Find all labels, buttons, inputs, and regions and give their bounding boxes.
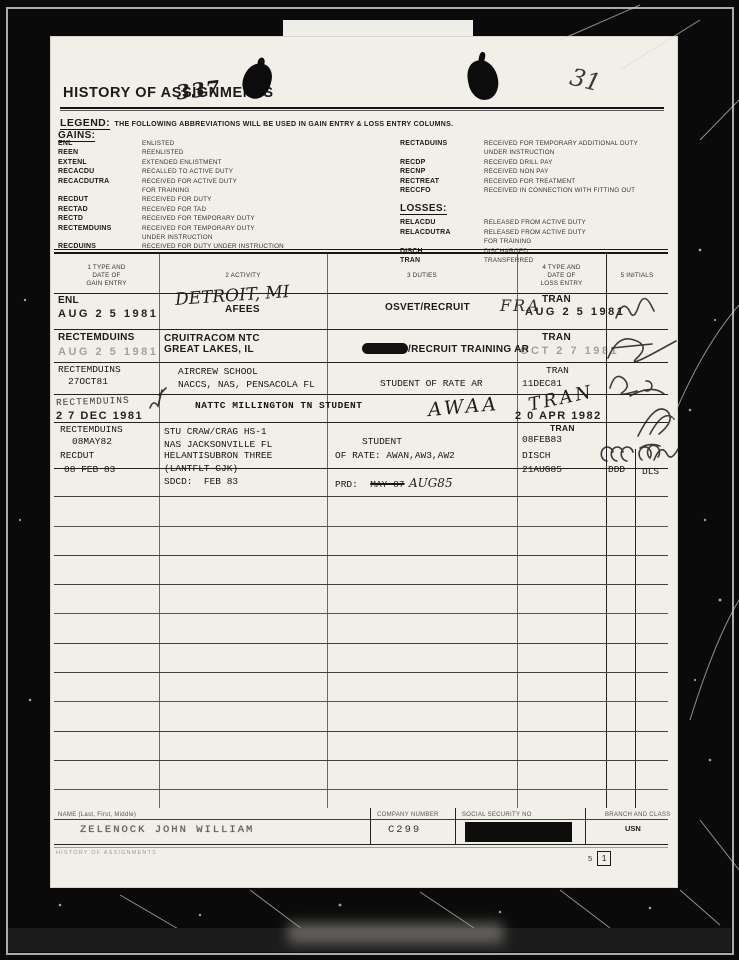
legend-entry: RECACDUTRARECEIVED FOR ACTIVE DUTY FOR T… bbox=[58, 177, 388, 196]
r3-gain-date: 27OCT81 bbox=[68, 376, 108, 387]
company-label: COMPANY NUMBER bbox=[377, 812, 439, 818]
r6-gain-date: 08 FEB 83 bbox=[64, 464, 115, 475]
legend-entry: EXTENLEXTENDED ENLISTMENT bbox=[58, 158, 388, 167]
r1-duties: OSVET/RECRUIT bbox=[385, 302, 470, 313]
r6-loss-date: 21AUG85 bbox=[522, 464, 562, 475]
empty-table-row bbox=[54, 732, 668, 761]
legend-abbr: RELACDUTRA bbox=[400, 228, 484, 247]
legend-entry: RECNPRECEIVED NON PAY bbox=[400, 167, 668, 176]
r4-activity: NATTC MILLINGTON TN STUDENT bbox=[195, 400, 362, 411]
scanned-document: HISTORY OF ASSIGNMENTS LEGEND: THE FOLLO… bbox=[0, 0, 739, 960]
legend-desc: RELEASED FROM ACTIVE DUTY bbox=[484, 218, 668, 227]
r2-loss-type: TRAN bbox=[542, 332, 571, 343]
branch-label: BRANCH AND CLASS bbox=[605, 812, 670, 818]
legend-abbr: RECTADUINS bbox=[400, 139, 484, 158]
r6-loss-type: DISCH bbox=[522, 450, 551, 461]
legend-desc: ENLISTED bbox=[142, 139, 388, 148]
r4-loss-date-stamp: 2 0 APR 1982 bbox=[515, 410, 602, 422]
legend-desc: RECEIVED FOR TEMPORARY ADDITIONAL DUTY U… bbox=[484, 139, 668, 158]
legend-abbr: ENL bbox=[58, 139, 142, 148]
legend-abbr: RELACDU bbox=[400, 218, 484, 227]
legend-desc: RECALLED TO ACTIVE DUTY bbox=[142, 167, 388, 176]
legend-entry: RECTEMDUINSRECEIVED FOR TEMPORARY DUTY U… bbox=[58, 224, 388, 243]
legend-abbr: RECTD bbox=[58, 214, 142, 223]
legend-desc: RECEIVED IN CONNECTION WITH FITTING OUT bbox=[484, 186, 668, 195]
handwritten-checkmark bbox=[150, 388, 166, 408]
col-header-initials: 5 INITIALS bbox=[606, 258, 668, 293]
legend-desc: REENLISTED bbox=[142, 148, 388, 157]
legend-entry: RECDUINSRECEIVED FOR DUTY UNDER INSTRUCT… bbox=[58, 242, 388, 251]
r5-loss-date: 08FEB83 bbox=[522, 434, 562, 445]
page-number-box: 1 bbox=[597, 851, 611, 866]
empty-table-row bbox=[54, 702, 668, 731]
handwritten-initials bbox=[610, 376, 652, 394]
legend-desc: RECEIVED NON PAY bbox=[484, 167, 668, 176]
legend-entry: RECTREATRECEIVED FOR TREATMENT bbox=[400, 177, 668, 186]
form-page: HISTORY OF ASSIGNMENTS LEGEND: THE FOLLO… bbox=[50, 36, 678, 888]
legend-entry: RECCFORECEIVED IN CONNECTION WITH FITTIN… bbox=[400, 186, 668, 195]
handwritten-initials bbox=[630, 389, 674, 436]
scanner-glare bbox=[288, 922, 503, 944]
empty-table-row bbox=[54, 790, 668, 819]
legend-gains-list: ENLENLISTEDREENREENLISTEDEXTENLEXTENDED … bbox=[58, 139, 388, 252]
r5-gain-type: RECTEMDUINS bbox=[60, 424, 123, 435]
r2-duties-inked-out bbox=[362, 343, 408, 354]
legend-entry: ENLENLISTED bbox=[58, 139, 388, 148]
col-header-duties: 3 DUTIES bbox=[327, 258, 517, 293]
legend-abbr: RECACDUTRA bbox=[58, 177, 142, 196]
r6-prd-struck-value: MAY 87 bbox=[370, 479, 404, 490]
legend-desc: RECEIVED FOR DUTY UNDER INSTRUCTION bbox=[142, 242, 388, 251]
legend-abbr: RECDP bbox=[400, 158, 484, 167]
ssn-label: SOCIAL SECURITY NO bbox=[462, 812, 532, 818]
r5-gain-date: 08MAY82 bbox=[72, 436, 112, 447]
legend-abbr: RECNP bbox=[400, 167, 484, 176]
title-rule bbox=[60, 107, 664, 109]
legend-text: THE FOLLOWING ABBREVIATIONS WILL BE USED… bbox=[115, 121, 454, 128]
r3-loss-type: TRAN bbox=[546, 365, 569, 376]
legend-desc: RECEIVED FOR ACTIVE DUTY FOR TRAINING bbox=[142, 177, 388, 196]
legend-right-list: RECTADUINSRECEIVED FOR TEMPORARY ADDITIO… bbox=[400, 139, 668, 265]
empty-table-rows bbox=[54, 468, 668, 820]
r3-gain-type: RECTEMDUINS bbox=[58, 364, 121, 375]
r1-gain-date-stamp: AUG 2 5 1981 bbox=[58, 308, 158, 320]
r6-duties-line1: OF RATE: AWAN,AW3,AW2 bbox=[335, 450, 455, 461]
r1-loss-type: TRAN bbox=[542, 294, 571, 305]
r1-loss-date-stamp: AUG 2 5 1981 bbox=[525, 306, 625, 318]
company-value: C299 bbox=[388, 824, 421, 836]
empty-table-row bbox=[54, 614, 668, 643]
legend-abbr: RECTEMDUINS bbox=[58, 224, 142, 243]
legend-desc: RECEIVED FOR TEMPORARY DUTY bbox=[142, 214, 388, 223]
legend-abbr: RECCFO bbox=[400, 186, 484, 195]
legend-abbr: EXTENL bbox=[58, 158, 142, 167]
scanner-bed-strip bbox=[8, 928, 731, 952]
empty-table-row bbox=[54, 556, 668, 585]
handwritten-initials bbox=[654, 449, 678, 460]
r6-initials-typed-1: DDD bbox=[608, 464, 625, 475]
legend-abbr: RECTAD bbox=[58, 205, 142, 214]
title-rule-2 bbox=[60, 110, 664, 111]
r5-activity: STU CRAW/CRAG HS-1 NAS JACKSONVILLE FL bbox=[164, 425, 272, 451]
legend-entry: RECDUTRECEIVED FOR DUTY bbox=[58, 195, 388, 204]
sheet-number: 5 bbox=[588, 854, 592, 863]
r6-prd-label: PRD: bbox=[335, 479, 358, 490]
r4-duties-handwritten: AWAA bbox=[427, 393, 500, 421]
r6-initials-typed-2: DLS bbox=[642, 466, 659, 477]
r1-gain-type: ENL bbox=[58, 295, 79, 306]
r2-gain-date-stamp: AUG 2 5 1981 bbox=[58, 346, 158, 358]
empty-table-row bbox=[54, 585, 668, 614]
r2-duties: /RECRUIT TRAINING AR bbox=[408, 344, 529, 355]
r4-gain-date-stamp: 2 7 DEC 1981 bbox=[56, 410, 143, 422]
r2-loss-date-stamp: OCT 2 7 1981 bbox=[520, 345, 619, 357]
r1-activity: AFEES bbox=[225, 304, 260, 315]
r4-gain-type: RECTEMDUINS bbox=[56, 395, 130, 409]
r2-gain-type: RECTEMDUINS bbox=[58, 332, 135, 343]
branch-value: USN bbox=[625, 824, 641, 833]
legend-desc: EXTENDED ENLISTMENT bbox=[142, 158, 388, 167]
legend-abbr: REEN bbox=[58, 148, 142, 157]
r3-duties: STUDENT OF RATE AR bbox=[380, 378, 483, 389]
r6-gain-type: RECDUT bbox=[60, 450, 94, 461]
empty-table-row bbox=[54, 527, 668, 556]
legend-desc: RECEIVED FOR TAD bbox=[142, 205, 388, 214]
r3-loss-date: 11DEC81 bbox=[522, 378, 562, 389]
empty-table-row bbox=[54, 673, 668, 702]
col-header-gain: 1 TYPE AND DATE OF GAIN ENTRY bbox=[54, 258, 159, 293]
legend-abbr: RECACDU bbox=[58, 167, 142, 176]
empty-table-row bbox=[54, 644, 668, 673]
legend-entry: RECTDRECEIVED FOR TEMPORARY DUTY bbox=[58, 214, 388, 223]
legend-desc: RECEIVED DRILL PAY bbox=[484, 158, 668, 167]
r5-loss-type: TRAN bbox=[550, 423, 575, 433]
name-label: NAME (Last, First, Middle) bbox=[58, 812, 136, 818]
ssn-redaction bbox=[465, 822, 572, 842]
fine-print: HISTORY OF ASSIGNMENTS bbox=[56, 850, 157, 856]
legend-abbr: RECDUINS bbox=[58, 242, 142, 251]
r2-activity: CRUITRACOM NTC GREAT LAKES, IL bbox=[164, 333, 260, 355]
empty-table-row bbox=[54, 497, 668, 526]
legend-abbr: RECTREAT bbox=[400, 177, 484, 186]
r6-prd-handwritten-value: AUG85 bbox=[409, 476, 453, 490]
legend-desc: RECEIVED FOR TEMPORARY DUTY UNDER INSTRU… bbox=[142, 224, 388, 243]
legend-entry: RECTADUINSRECEIVED FOR TEMPORARY ADDITIO… bbox=[400, 139, 668, 158]
legend-entry: RECDPRECEIVED DRILL PAY bbox=[400, 158, 668, 167]
r5-duties: STUDENT bbox=[362, 436, 402, 447]
legend-entry: RECTADRECEIVED FOR TAD bbox=[58, 205, 388, 214]
legend-desc: RELEASED FROM ACTIVE DUTY FOR TRAINING bbox=[484, 228, 668, 247]
empty-table-row bbox=[54, 761, 668, 790]
losses-header: LOSSES: bbox=[400, 203, 447, 215]
legend-entry: REENREENLISTED bbox=[58, 148, 388, 157]
legend-abbr: RECDUT bbox=[58, 195, 142, 204]
name-value: ZELENOCK JOHN WILLIAM bbox=[80, 824, 254, 836]
legend-entry: RECACDURECALLED TO ACTIVE DUTY bbox=[58, 167, 388, 176]
legend-entry: RELACDURELEASED FROM ACTIVE DUTY bbox=[400, 218, 668, 227]
legend-desc: RECEIVED FOR TREATMENT bbox=[484, 177, 668, 186]
legend-entry: RELACDUTRARELEASED FROM ACTIVE DUTY FOR … bbox=[400, 228, 668, 247]
col-header-loss: 4 TYPE AND DATE OF LOSS ENTRY bbox=[517, 258, 606, 293]
r3-activity: AIRCREW SCHOOL NACCS, NAS, PENSACOLA FL bbox=[178, 365, 315, 391]
handwritten-initials bbox=[639, 444, 660, 460]
legend-desc: RECEIVED FOR DUTY bbox=[142, 195, 388, 204]
r6-activity: HELANTISUBRON THREE (LANTFLT-GJK) SDCD: … bbox=[164, 449, 272, 488]
